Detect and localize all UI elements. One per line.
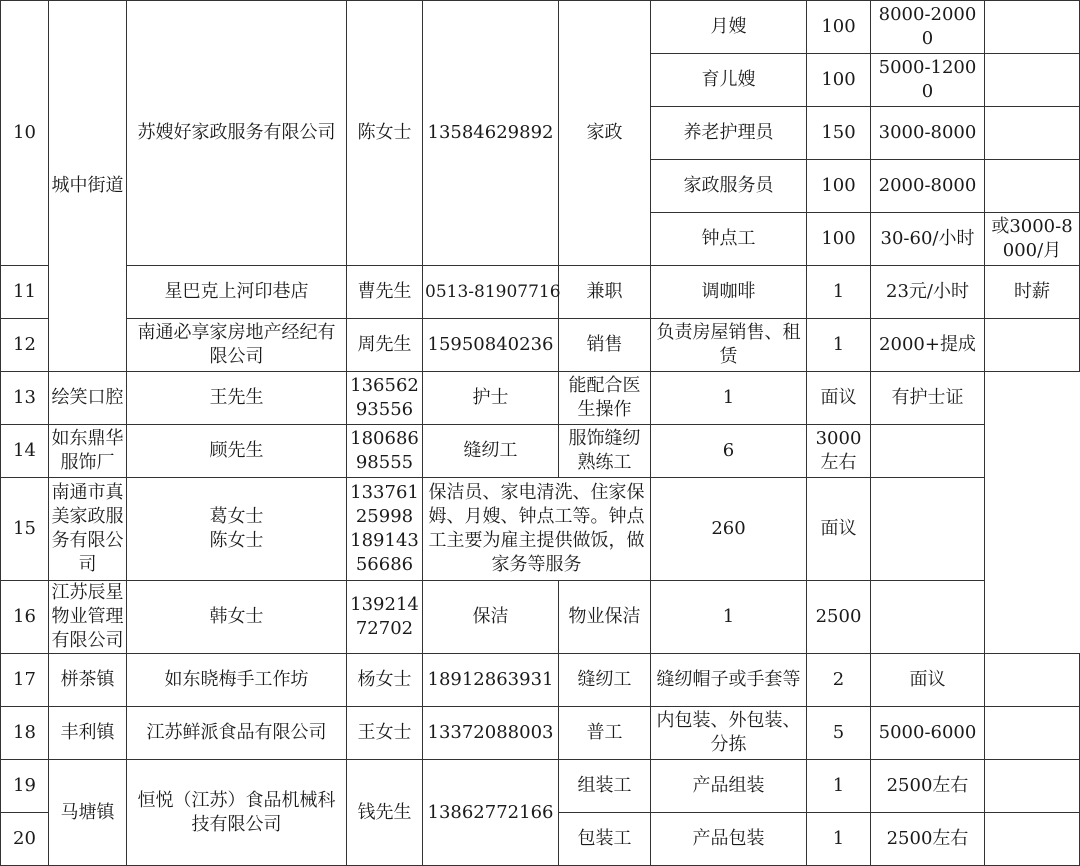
position-count: 1 <box>807 813 871 866</box>
contact-name: 葛女士 <box>129 505 344 529</box>
position-title: 能配合医生操作 <box>559 372 651 425</box>
position-salary: 8000-20000 <box>871 1 985 54</box>
table-row: 11 星巴克上河印巷店 曹先生 0513-81907716 兼职 调咖啡 1 2… <box>1 266 1080 319</box>
company-cell: 星巴克上河印巷店 <box>127 266 347 319</box>
contact-cell: 周先生 <box>347 319 423 372</box>
region-cell: 马塘镇 <box>49 760 127 866</box>
table-row: 19 马塘镇 恒悦（江苏）食品机械科技有限公司 钱先生 13862772166 … <box>1 760 1080 813</box>
row-number: 12 <box>1 319 49 372</box>
position-salary: 2500左右 <box>871 813 985 866</box>
category-cell: 保洁 <box>423 581 559 654</box>
phone-number: 18914356686 <box>349 529 420 577</box>
contact-cell: 葛女士 陈女士 <box>127 478 347 581</box>
position-count: 100 <box>807 1 871 54</box>
position-count: 1 <box>807 760 871 813</box>
category-cell: 组装工 <box>559 760 651 813</box>
position-title: 家政服务员 <box>651 160 807 213</box>
position-count: 100 <box>807 213 871 266</box>
company-cell: 南通市真美家政服务有限公司 <box>49 478 127 581</box>
position-count: 150 <box>807 107 871 160</box>
position-note <box>985 319 1080 372</box>
position-title: 负责房屋销售、租赁 <box>651 319 807 372</box>
contact-cell: 王先生 <box>127 372 347 425</box>
row-number: 14 <box>1 425 49 478</box>
table-row: 15 南通市真美家政服务有限公司 葛女士 陈女士 13376125998 189… <box>1 478 1080 581</box>
position-count: 1 <box>807 266 871 319</box>
table-row: 14 如东鼎华服饰厂 顾先生 18068698555 缝纫工 服饰缝纫熟练工 6… <box>1 425 1080 478</box>
contact-cell: 顾先生 <box>127 425 347 478</box>
position-salary: 5000-12000 <box>871 54 985 107</box>
region-cell: 丰利镇 <box>49 707 127 760</box>
position-count: 5 <box>807 707 871 760</box>
position-title: 养老护理员 <box>651 107 807 160</box>
category-cell: 销售 <box>559 319 651 372</box>
position-note <box>985 1 1080 54</box>
row-number: 10 <box>1 1 49 266</box>
phone-cell: 15950840236 <box>423 319 559 372</box>
position-note <box>985 160 1080 213</box>
company-cell: 江苏辰星物业管理有限公司 <box>49 581 127 654</box>
position-count: 1 <box>807 319 871 372</box>
row-number: 16 <box>1 581 49 654</box>
position-salary: 23元/小时 <box>871 266 985 319</box>
position-title: 物业保洁 <box>559 581 651 654</box>
company-cell: 绘笑口腔 <box>49 372 127 425</box>
row-number: 19 <box>1 760 49 813</box>
position-note: 或3000-8000/月 <box>985 213 1080 266</box>
contact-cell: 杨女士 <box>347 654 423 707</box>
position-salary: 2000-8000 <box>871 160 985 213</box>
position-salary: 5000-6000 <box>871 707 985 760</box>
table-row: 12 南通必享家房地产经纪有限公司 周先生 15950840236 销售 负责房… <box>1 319 1080 372</box>
phone-cell: 0513-81907716 <box>423 266 559 319</box>
position-note <box>985 813 1080 866</box>
contact-cell: 曹先生 <box>347 266 423 319</box>
contact-name: 陈女士 <box>129 529 344 553</box>
phone-cell: 13372088003 <box>423 707 559 760</box>
position-note <box>985 107 1080 160</box>
category-cell: 包装工 <box>559 813 651 866</box>
category-cell: 缝纫工 <box>423 425 559 478</box>
position-title: 缝纫帽子或手套等 <box>651 654 807 707</box>
row-number: 13 <box>1 372 49 425</box>
company-cell: 如东晓梅手工作坊 <box>127 654 347 707</box>
position-note <box>871 425 985 478</box>
position-note <box>985 54 1080 107</box>
position-note <box>871 478 985 581</box>
phone-cell: 13584629892 <box>423 1 559 266</box>
phone-cell: 18912863931 <box>423 654 559 707</box>
row-number: 11 <box>1 266 49 319</box>
category-cell: 缝纫工 <box>559 654 651 707</box>
company-cell: 苏嫂好家政服务有限公司 <box>127 1 347 266</box>
phone-cell: 13921472702 <box>347 581 423 654</box>
position-salary: 30-60/小时 <box>871 213 985 266</box>
position-note: 有护士证 <box>871 372 985 425</box>
position-count: 260 <box>651 478 807 581</box>
row-number: 20 <box>1 813 49 866</box>
category-cell: 普工 <box>559 707 651 760</box>
position-note <box>871 581 985 654</box>
phone-cell: 13862772166 <box>423 760 559 866</box>
table-row: 17 栟茶镇 如东晓梅手工作坊 杨女士 18912863931 缝纫工 缝纫帽子… <box>1 654 1080 707</box>
contact-cell: 韩女士 <box>127 581 347 654</box>
position-count: 2 <box>807 654 871 707</box>
position-salary: 3000-8000 <box>871 107 985 160</box>
position-note <box>985 707 1080 760</box>
contact-cell: 王女士 <box>347 707 423 760</box>
position-note: 时薪 <box>985 266 1080 319</box>
job-description: 保洁员、家电清洗、住家保姆、月嫂、钟点工等。钟点工主要为雇主提供做饭，做家务等服… <box>423 478 651 581</box>
company-cell: 江苏鲜派食品有限公司 <box>127 707 347 760</box>
position-count: 100 <box>807 160 871 213</box>
category-cell: 家政 <box>559 1 651 266</box>
position-note <box>985 654 1080 707</box>
region-cell: 城中街道 <box>49 1 127 372</box>
table-row: 18 丰利镇 江苏鲜派食品有限公司 王女士 13372088003 普工 内包装… <box>1 707 1080 760</box>
position-title: 月嫂 <box>651 1 807 54</box>
position-title: 产品包装 <box>651 813 807 866</box>
table-row: 16 江苏辰星物业管理有限公司 韩女士 13921472702 保洁 物业保洁 … <box>1 581 1080 654</box>
position-note <box>985 760 1080 813</box>
position-salary: 面议 <box>807 372 871 425</box>
category-cell: 护士 <box>423 372 559 425</box>
category-cell: 兼职 <box>559 266 651 319</box>
phone-number: 13376125998 <box>349 481 420 529</box>
position-salary: 3000左右 <box>807 425 871 478</box>
position-salary: 2500 <box>807 581 871 654</box>
position-salary: 面议 <box>807 478 871 581</box>
position-title: 内包装、外包装、分拣 <box>651 707 807 760</box>
position-count: 6 <box>651 425 807 478</box>
region-cell: 栟茶镇 <box>49 654 127 707</box>
job-listings-table: 10 城中街道 苏嫂好家政服务有限公司 陈女士 13584629892 家政 月… <box>0 0 1080 866</box>
position-count: 1 <box>651 372 807 425</box>
position-salary: 面议 <box>871 654 985 707</box>
position-salary: 2000+提成 <box>871 319 985 372</box>
company-cell: 如东鼎华服饰厂 <box>49 425 127 478</box>
phone-cell: 13656293556 <box>347 372 423 425</box>
phone-cell: 18068698555 <box>347 425 423 478</box>
contact-cell: 钱先生 <box>347 760 423 866</box>
row-number: 18 <box>1 707 49 760</box>
company-cell: 恒悦（江苏）食品机械科技有限公司 <box>127 760 347 866</box>
position-salary: 2500左右 <box>871 760 985 813</box>
table-row: 10 城中街道 苏嫂好家政服务有限公司 陈女士 13584629892 家政 月… <box>1 1 1080 54</box>
table-row: 13 绘笑口腔 王先生 13656293556 护士 能配合医生操作 1 面议 … <box>1 372 1080 425</box>
position-title: 育儿嫂 <box>651 54 807 107</box>
position-count: 100 <box>807 54 871 107</box>
position-title: 钟点工 <box>651 213 807 266</box>
row-number: 17 <box>1 654 49 707</box>
company-cell: 南通必享家房地产经纪有限公司 <box>127 319 347 372</box>
phone-cell: 13376125998 18914356686 <box>347 478 423 581</box>
contact-cell: 陈女士 <box>347 1 423 266</box>
position-title: 调咖啡 <box>651 266 807 319</box>
row-number: 15 <box>1 478 49 581</box>
position-count: 1 <box>651 581 807 654</box>
position-title: 服饰缝纫熟练工 <box>559 425 651 478</box>
position-title: 产品组装 <box>651 760 807 813</box>
